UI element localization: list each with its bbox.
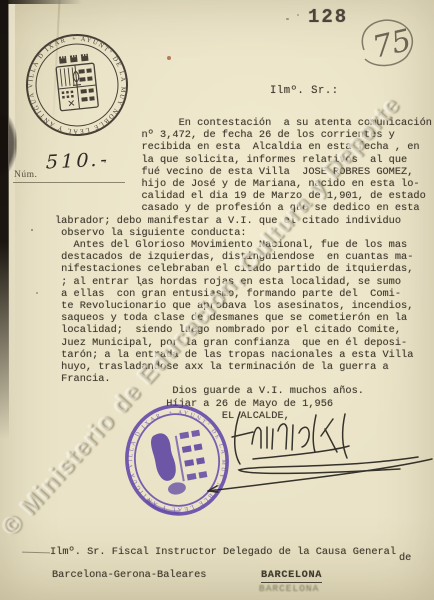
paper-speck <box>167 56 171 60</box>
footer-city: BARCELONA <box>261 569 322 583</box>
paper-speck <box>31 229 33 231</box>
letter-body: En contestación a su atenta comunicación… <box>55 117 432 422</box>
paper-speck <box>286 18 289 20</box>
document-scan: 128 75 + AYUNTº DE LA MUY NOBLE LEAL Y A… <box>0 0 434 600</box>
pencil-number: 75 <box>369 23 414 66</box>
footer-ghost-stamp: BARCELONA <box>259 583 319 594</box>
paper-speck <box>36 292 38 294</box>
num-handwritten-value: 510.- <box>43 148 112 173</box>
footer-dash <box>22 552 50 554</box>
folio-number: 128 <box>308 6 348 28</box>
footer-recipient-line1-suffix: de <box>399 552 411 564</box>
signature <box>140 395 434 505</box>
page-top-edge <box>0 0 82 4</box>
footer-recipient-line2: Barcelona-Gerona-Baleares <box>52 569 206 581</box>
page-edge-highlight <box>8 0 15 430</box>
pencil-annotation: 75 <box>348 14 424 70</box>
paper-speck <box>297 14 299 16</box>
salutation: Ilmº. Sr.: <box>270 85 339 97</box>
num-label: Núm. <box>14 170 37 180</box>
footer-recipient-line1: Ilmº. Sr. Fiscal Instructor Delegado de … <box>50 546 396 558</box>
num-rule <box>13 182 125 183</box>
